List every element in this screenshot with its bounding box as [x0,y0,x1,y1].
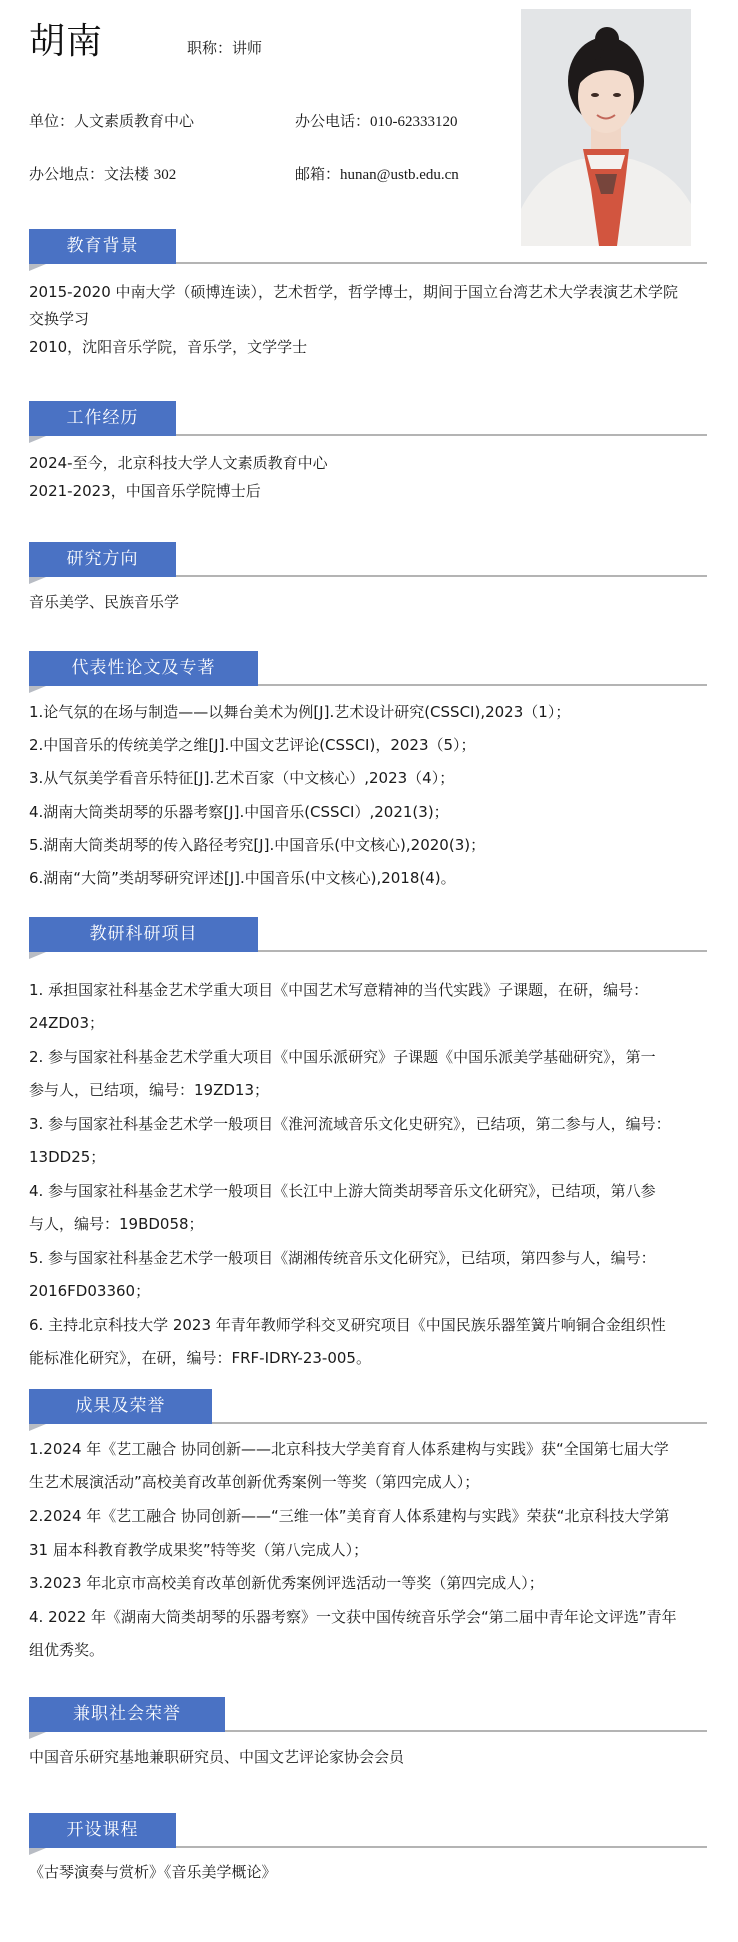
email-label: 邮箱： [295,165,340,183]
section-divider [176,434,707,436]
project-line: 1. 承担国家社科基金艺术学重大项目《中国艺术写意精神的当代实践》子课题，在研，… [29,980,648,1000]
section-title-achievements: 成果及荣誉 [29,1389,212,1424]
project-line: 能标准化研究》，在研，编号：FRF-IDRY-23-005。 [29,1348,371,1368]
section-divider [225,1730,707,1732]
paper-item: 5.湖南大筒类胡琴的传入路径考究[J].中国音乐(中文核心),2020(3)； [29,835,485,855]
header-fold-decoration [29,952,46,959]
research-line: 音乐美学、民族音乐学 [29,592,179,612]
section-divider [176,575,707,577]
location-label: 办公地点：文法楼 [29,165,154,183]
section-title-education: 教育背景 [29,229,176,264]
email-field: 邮箱：hunan@ustb.edu.cn [295,164,459,185]
header-fold-decoration [29,1424,46,1431]
education-line: 2015-2020 中南大学（硕博连读），艺术哲学，哲学博士，期间于国立台湾艺术… [29,282,678,302]
person-name: 胡南 [29,20,103,64]
achievement-line: 31 届本科教育教学成果奖”特等奖（第八完成人）； [29,1540,368,1560]
header-fold-decoration [29,436,46,443]
education-line: 交换学习 [29,309,89,329]
parttime-line: 中国音乐研究基地兼职研究员、中国文艺评论家协会会员 [29,1747,404,1767]
section-title-papers: 代表性论文及专著 [29,651,258,686]
achievement-line: 生艺术展演活动”高校美育改革创新优秀案例一等奖（第四完成人）； [29,1472,479,1492]
project-line: 6. 主持北京科技大学 2023 年青年教师学科交叉研究项目《中国民族乐器笙簧片… [29,1315,666,1335]
project-line: 13DD25； [29,1147,105,1167]
phone-value: 010-62333120 [370,114,458,130]
portrait-photo [521,9,691,246]
paper-item: 4.湖南大筒类胡琴的乐器考察[J].中国音乐(CSSCI）,2021(3)； [29,802,449,822]
section-header-papers: 代表性论文及专著 [29,651,707,686]
section-header-courses: 开设课程 [29,1813,707,1848]
portrait-illustration [521,9,691,246]
course-line: 《古琴演奏与赏析》《音乐美学概论》 [29,1862,277,1882]
phone-field: 办公电话：010-62333120 [295,111,458,132]
section-header-parttime: 兼职社会荣誉 [29,1697,707,1732]
section-divider [176,1846,707,1848]
header-fold-decoration [29,577,46,584]
paper-item: 2.中国音乐的传统美学之维[J].中国文艺评论(CSSCI)，2023（5）； [29,735,476,755]
achievement-line: 组优秀奖。 [29,1640,104,1660]
section-divider [176,262,707,264]
achievement-line: 4. 2022 年《湖南大筒类胡琴的乐器考察》一文获中国传统音乐学会“第二届中青… [29,1607,677,1627]
project-line: 2. 参与国家社科基金艺术学重大项目《中国乐派研究》子课题《中国乐派美学基础研究… [29,1047,656,1067]
header-fold-decoration [29,264,46,271]
project-line: 4. 参与国家社科基金艺术学一般项目《长江中上游大筒类胡琴音乐文化研究》，已结项… [29,1181,656,1201]
section-title-research: 研究方向 [29,542,176,577]
paper-item: 3.从气氛美学看音乐特征[J].艺术百家（中文核心）,2023（4）； [29,768,454,788]
achievement-line: 2.2024 年《艺工融合 协同创新——“三维一体”美育育人体系建构与实践》荣获… [29,1506,669,1526]
education-line: 2010，沈阳音乐学院，音乐学，文学学士 [29,337,307,357]
section-header-work: 工作经历 [29,401,707,436]
section-divider [258,950,707,952]
project-line: 24ZD03； [29,1013,104,1033]
section-divider [212,1422,707,1424]
location-field: 办公地点：文法楼 302 [29,164,176,185]
project-line: 2016FD03360； [29,1281,150,1301]
section-title-projects: 教研科研项目 [29,917,258,952]
header-fold-decoration [29,1848,46,1855]
header-fold-decoration [29,1732,46,1739]
section-divider [258,684,707,686]
section-title-work: 工作经历 [29,401,176,436]
work-line: 2021-2023，中国音乐学院博士后 [29,481,261,501]
section-title-courses: 开设课程 [29,1813,176,1848]
paper-item: 6.湖南“大筒”类胡琴研究评述[J].中国音乐(中文核心),2018(4)。 [29,868,456,888]
section-header-research: 研究方向 [29,542,707,577]
section-header-achievements: 成果及荣誉 [29,1389,707,1424]
location-room: 302 [154,167,177,183]
achievement-line: 1.2024 年《艺工融合 协同创新——北京科技大学美育育人体系建构与实践》获“… [29,1439,669,1459]
phone-label: 办公电话： [295,112,370,130]
section-header-projects: 教研科研项目 [29,917,707,952]
project-line: 3. 参与国家社科基金艺术学一般项目《淮河流域音乐文化史研究》，已结项，第二参与… [29,1114,671,1134]
header-fold-decoration [29,686,46,693]
achievement-line: 3.2023 年北京市高校美育改革创新优秀案例评选活动一等奖（第四完成人）； [29,1573,544,1593]
project-line: 与人，编号：19BD058； [29,1214,204,1234]
work-line: 2024-至今，北京科技大学人文素质教育中心 [29,453,328,473]
project-line: 5. 参与国家社科基金艺术学一般项目《湖湘传统音乐文化研究》，已结项，第四参与人… [29,1248,656,1268]
paper-item: 1.论气氛的在场与制造——以舞台美术为例[J].艺术设计研究(CSSCI),20… [29,702,570,722]
email-value[interactable]: hunan@ustb.edu.cn [340,167,459,183]
unit-text: 单位：人文素质教育中心 [29,112,194,130]
project-line: 参与人，已结项，编号：19ZD13； [29,1080,269,1100]
section-header-education: 教育背景 [29,229,707,264]
job-title: 职称：讲师 [187,38,262,58]
unit-field: 单位：人文素质教育中心 [29,111,194,131]
section-title-parttime: 兼职社会荣誉 [29,1697,225,1732]
